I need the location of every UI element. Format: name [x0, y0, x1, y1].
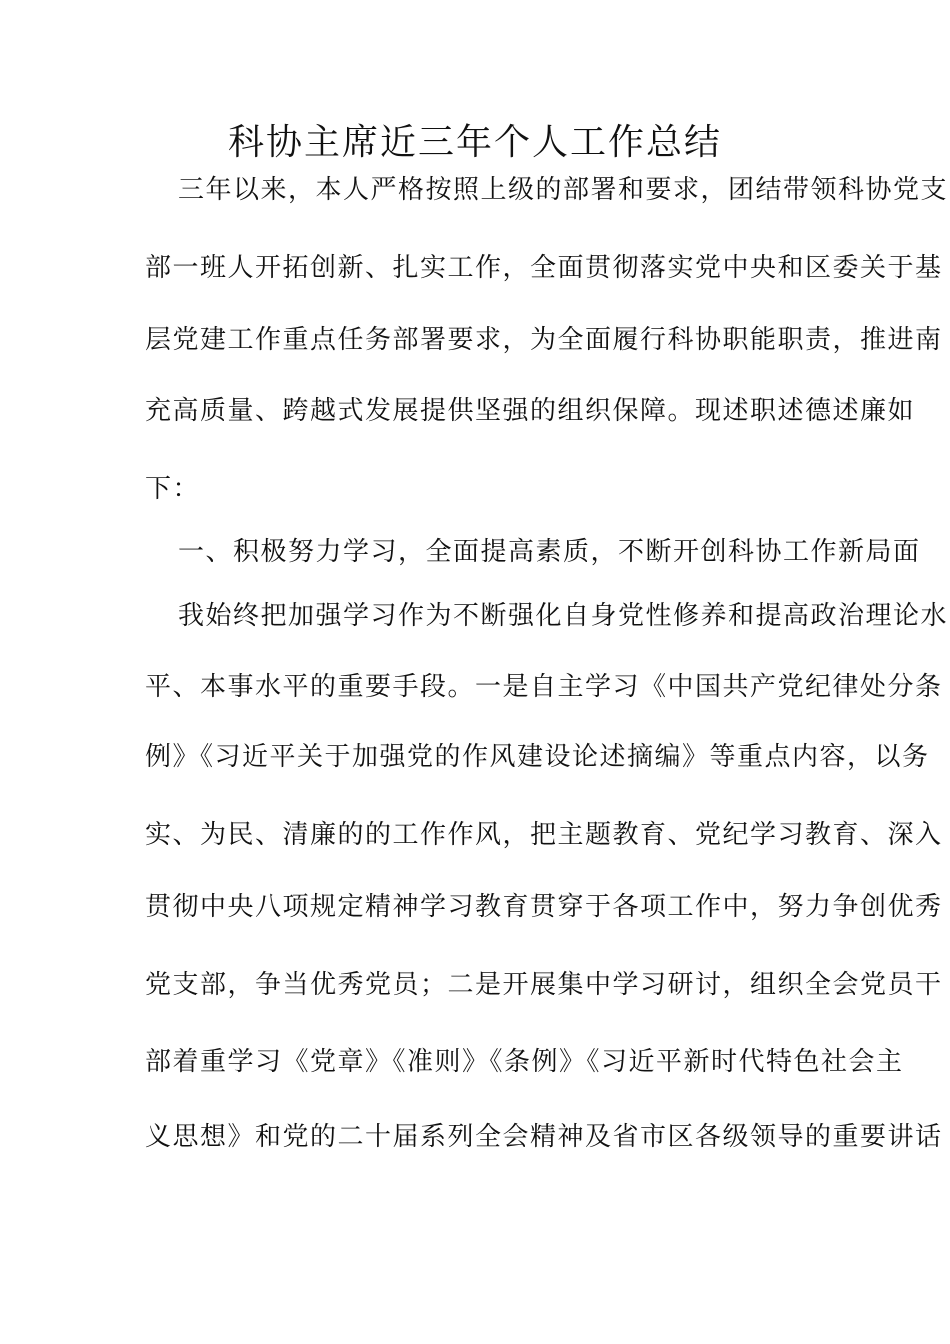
document-page: 科协主席近三年个人工作总结 三年以来，本人严格按照上级的部署和要求，团结带领科协…	[0, 0, 950, 1344]
paragraph-intro-line-5: 下：	[145, 471, 815, 507]
paragraph-study-line-6: 党支部，争当优秀党员；二是开展集中学习研讨，组织全会党员干	[145, 967, 815, 1003]
paragraph-intro-line-1: 三年以来，本人严格按照上级的部署和要求，团结带领科协党支	[178, 172, 848, 208]
paragraph-study-line-2: 平、本事水平的重要手段。一是自主学习《中国共产党纪律处分条	[145, 669, 815, 705]
document-title: 科协主席近三年个人工作总结	[0, 118, 950, 168]
paragraph-intro-line-4: 充高质量、跨越式发展提供坚强的组织保障。现述职述德述廉如	[145, 393, 815, 429]
paragraph-intro-line-3: 层党建工作重点任务部署要求，为全面履行科协职能职责，推进南	[145, 322, 815, 358]
paragraph-study-line-7: 部着重学习《党章》《准则》《条例》《习近平新时代特色社会主	[145, 1044, 815, 1080]
paragraph-study-line-8: 义思想》和党的二十届系列全会精神及省市区各级领导的重要讲话	[145, 1119, 815, 1155]
paragraph-study-line-4: 实、为民、清廉的的工作作风，把主题教育、党纪学习教育、深入	[145, 817, 815, 853]
paragraph-study-line-5: 贯彻中央八项规定精神学习教育贯穿于各项工作中，努力争创优秀	[145, 889, 815, 925]
section-heading-1: 一、积极努力学习，全面提高素质，不断开创科协工作新局面	[178, 534, 848, 570]
paragraph-study-line-3: 例》《习近平关于加强党的作风建设论述摘编》等重点内容，以务	[145, 739, 815, 775]
paragraph-intro-line-2: 部一班人开拓创新、扎实工作，全面贯彻落实党中央和区委关于基	[145, 250, 815, 286]
paragraph-study-line-1: 我始终把加强学习作为不断强化自身党性修养和提高政治理论水	[178, 598, 848, 634]
